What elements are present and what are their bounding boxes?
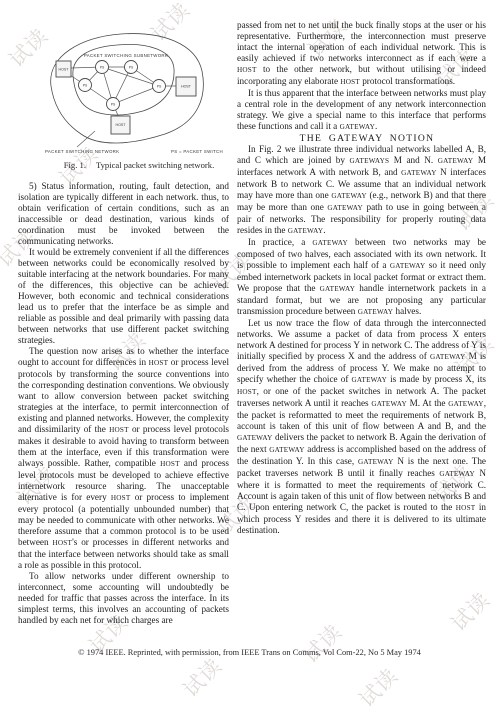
network-edges [70,67,181,120]
figure-caption-text: Typical packet switching network. [96,160,214,170]
paper-page: 试读 试读 试读 试读 试读 试读 试读 试读 试读 试读 试读 试读 试读 试… [0,0,499,706]
paragraph: It is thus apparent that the interface b… [237,88,486,133]
paragraph: Let us now trace the flow of data throug… [237,318,486,536]
host-node-bottom: HOST [111,116,130,134]
network-label: PACKET SWITCHING NETWORK [45,149,119,154]
host-node-left: HOST [56,61,71,77]
watermark: 试读 [444,585,496,637]
copyright-footer: © 1974 IEEE. Reprinted, with permission,… [0,648,499,657]
ps-label: PS [157,84,162,88]
paragraph: passed from net to net until the buck fi… [237,20,486,88]
paragraph: In practice, a GATEWAY between two netwo… [237,237,486,318]
ps-label: PS [129,65,134,69]
figure-packet-switching-network: HOST HOST HOST PS PS PS PS PS PACKET SWI… [33,24,245,160]
paragraph: It would be extremely convenient if all … [18,247,229,346]
figure-caption-label: Fig. 1. [64,160,86,170]
watermark: 试读 [176,651,228,703]
host-label: HOST [181,85,192,89]
ps-label: PS [111,102,116,106]
ps-label: PS [83,83,88,87]
host-node-right: HOST [176,77,196,96]
subnetwork-label: PACKET SWITCHING SUBNETWORK [84,53,168,58]
paragraph: To allow networks under different owners… [18,571,229,626]
figure-caption: Fig. 1.Typical packet switching network. [33,160,245,170]
host-label: HOST [59,68,70,72]
packet-switch-legend: PS = PACKET SWITCH [171,149,223,154]
paragraph: 5) Status information, routing, fault de… [18,181,229,247]
watermark: 试读 [296,617,348,669]
host-label: HOST [116,123,127,127]
paragraph: In Fig. 2 we illustrate three individual… [237,144,486,237]
paragraph: The question now arises as to whether th… [18,346,229,571]
watermark: 试读 [352,661,404,706]
ps-label: PS [100,65,105,69]
left-column: 5) Status information, routing, fault de… [18,181,229,626]
section-heading: THE GATEWAY NOTION [237,133,486,144]
right-column: passed from net to net until the buck fi… [237,20,486,536]
